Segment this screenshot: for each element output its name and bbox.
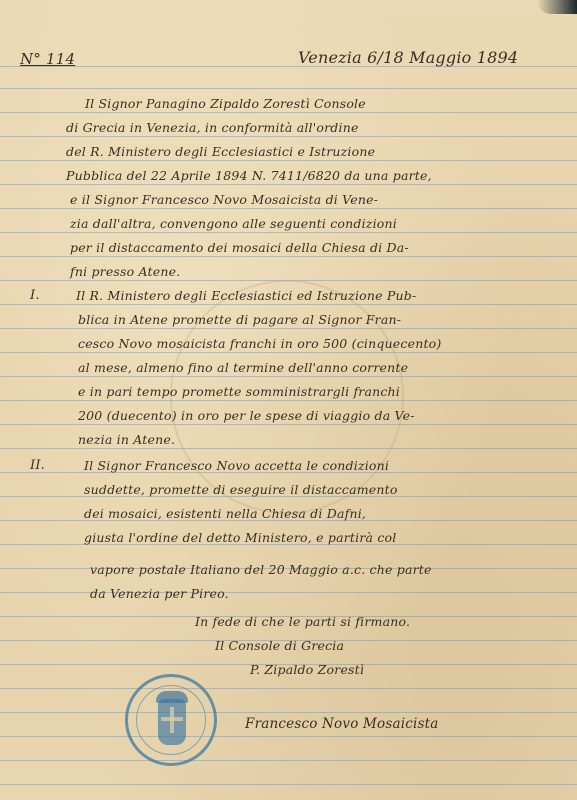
closing-statement: In fede di che le parti si firmano. [195, 614, 410, 629]
consul-title: Il Console di Grecia [215, 638, 344, 653]
intro-line: zia dall'altra, convengono alle seguenti… [70, 216, 397, 231]
article-line: Il R. Ministero degli Ecclesiastici ed I… [76, 288, 416, 303]
place-and-date: Venezia 6/18 Maggio 1894 [298, 48, 518, 67]
intro-line: Pubblica del 22 Aprile 1894 N. 7411/6820… [66, 168, 432, 183]
ruled-line [0, 712, 577, 713]
article-line: e in pari tempo promette somministrargli… [78, 384, 400, 399]
ruled-line [0, 256, 577, 257]
article-line: blica in Atene promette di pagare al Sig… [78, 312, 401, 327]
intro-line: e il Signor Francesco Novo Mosaicista di… [70, 192, 378, 207]
ruled-line [0, 688, 577, 689]
article-line: dei mosaici, esistenti nella Chiesa di D… [84, 506, 366, 521]
ruled-line [0, 784, 577, 785]
intro-line: fni presso Atene. [70, 264, 180, 279]
ruled-line [0, 592, 577, 593]
ruled-line [0, 208, 577, 209]
consulate-seal-stamp [125, 674, 217, 766]
mosaicist-signature: Francesco Novo Mosaicista [245, 716, 439, 732]
cross-icon [170, 707, 174, 733]
article-line: nezia in Atene. [78, 432, 175, 447]
article-number: I. [30, 288, 40, 303]
article-number: II. [30, 458, 45, 473]
ruled-line [0, 88, 577, 89]
ruled-line [0, 736, 577, 737]
article-line: suddette, promette di eseguire il distac… [84, 482, 398, 497]
ruled-line [0, 232, 577, 233]
article-line: cesco Novo mosaicista franchi in oro 500… [78, 336, 441, 351]
article-line: da Venezia per Pireo. [90, 586, 229, 601]
article-line: al mese, almeno fino al termine dell'ann… [78, 360, 408, 375]
ruled-line [0, 184, 577, 185]
ruled-line [0, 112, 577, 113]
document-reference-number: N° 114 [20, 50, 75, 68]
ruled-line [0, 760, 577, 761]
intro-line: di Grecia in Venezia, in conformità all'… [66, 120, 359, 135]
ruled-line [0, 160, 577, 161]
intro-line: Il Signor Panagino Zipaldo Zorestì Conso… [85, 96, 366, 111]
article-line: vapore postale Italiano del 20 Maggio a.… [90, 562, 432, 577]
consul-signature: P. Zipaldo Zorestì [250, 662, 364, 677]
article-line: Il Signor Francesco Novo accetta le cond… [84, 458, 389, 473]
page-corner-shadow [537, 0, 577, 14]
ruled-line [0, 136, 577, 137]
document-page: N° 114 Venezia 6/18 Maggio 1894 Il Signo… [0, 0, 577, 800]
intro-line: per il distaccamento dei mosaici della C… [70, 240, 409, 255]
intro-line: del R. Ministero degli Ecclesiastici e I… [66, 144, 375, 159]
article-line: giusta l'ordine del detto Ministero, e p… [84, 530, 396, 545]
article-line: 200 (duecento) in oro per le spese di vi… [78, 408, 415, 423]
